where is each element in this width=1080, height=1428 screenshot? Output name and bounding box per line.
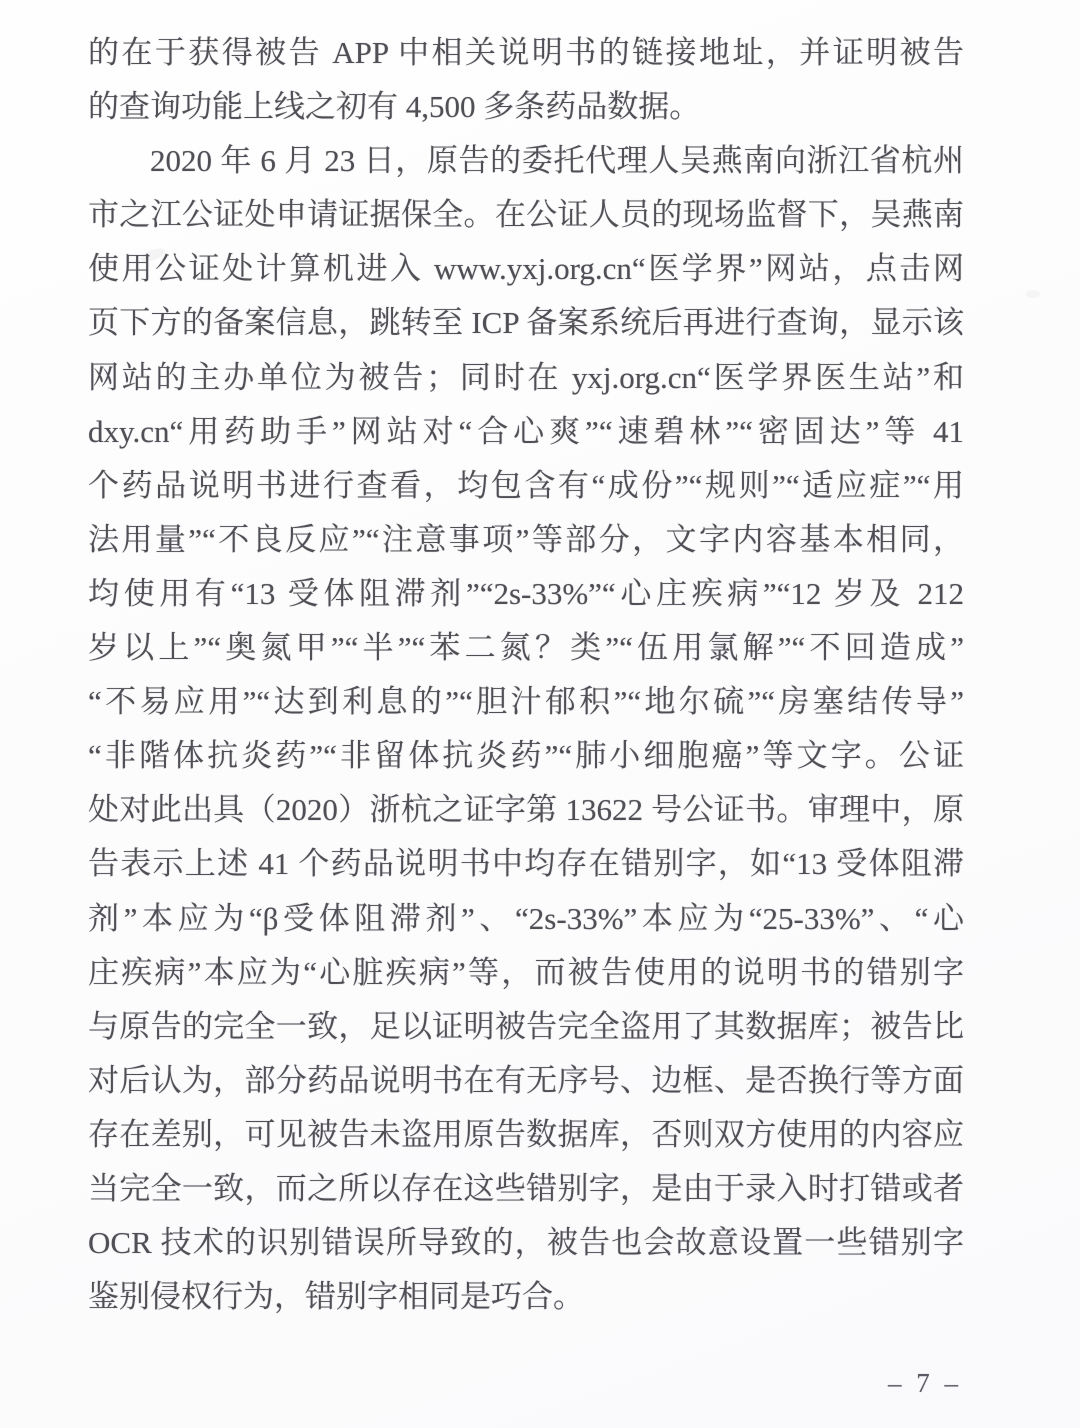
- text-line: 处对此出具（2020）浙杭之证字第 13622 号公证书。审理中，原: [88, 783, 964, 837]
- body-text-column: 的在于获得被告 APP 中相关说明书的链接地址，并证明被告 APP 的查询功能上…: [88, 26, 964, 1324]
- document-page: 的在于获得被告 APP 中相关说明书的链接地址，并证明被告 APP 的查询功能上…: [0, 0, 1080, 1428]
- text-line: dxy.cn“用药助手”网站对“合心爽”“速碧林”“密固达”等 41: [88, 405, 964, 459]
- text-line: 使用公证处计算机进入 www.yxj.org.cn“医学界”网站，点击网: [88, 242, 964, 296]
- text-line: 当完全一致，而之所以存在这些错别字，是由于录入时打错或者: [88, 1162, 964, 1216]
- text-line paragraph-end: 鉴别侵权行为，错别字相同是巧合。: [88, 1270, 964, 1324]
- text-line: 告表示上述 41 个药品说明书中均存在错别字，如“13 受体阻滞: [88, 837, 964, 891]
- text-line: 剂”本应为“β受体阻滞剂”、“2s-33%”本应为“25-33%”、“心: [88, 892, 964, 946]
- text-line: 的查询功能上线之初有 4,500 多条药品数据。: [88, 80, 964, 134]
- text-line: 页下方的备案信息，跳转至 ICP 备案系统后再进行查询，显示该: [88, 296, 964, 350]
- text-line: 岁以上”“奥氮甲”“半”“苯二氮？类”“伍用氯解”“不回造成”: [88, 621, 964, 675]
- text-line: 个药品说明书进行查看，均包含有“成份”“规则”“适应症”“用: [88, 459, 964, 513]
- text-line: 均使用有“13 受体阻滞剂”“2s-33%”“心庄疾病”“12 岁及 212: [88, 567, 964, 621]
- page-number: – 7 –: [888, 1368, 962, 1399]
- text-line: “不易应用”“达到利息的”“胆汁郁积”“地尔硫”“房塞结传导”: [88, 675, 964, 729]
- text-line: “非階体抗炎药”“非留体抗炎药”“肺小细胞癌”等文字。公证: [88, 729, 964, 783]
- text-line paragraph-start: 2020 年 6 月 23 日，原告的委托代理人吴燕南向浙江省杭州: [88, 134, 964, 188]
- text-line: 存在差别，可见被告未盗用原告数据库，否则双方使用的内容应: [88, 1108, 964, 1162]
- text-line: 与原告的完全一致，足以证明被告完全盗用了其数据库；被告比: [88, 1000, 964, 1054]
- text-line: 网站的主办单位为被告；同时在 yxj.org.cn“医学界医生站”和: [88, 351, 964, 405]
- text-line: 庄疾病”本应为“心脏疾病”等，而被告使用的说明书的错别字: [88, 946, 964, 1000]
- text-line: 市之江公证处申请证据保全。在公证人员的现场监督下，吴燕南: [88, 188, 964, 242]
- text-line: 法用量”“不良反应”“注意事项”等部分，文字内容基本相同，: [88, 513, 964, 567]
- text-line: OCR 技术的识别错误所导致的，被告也会故意设置一些错别字以: [88, 1216, 964, 1270]
- text-line: 的在于获得被告 APP 中相关说明书的链接地址，并证明被告 APP: [88, 26, 964, 80]
- text-line: 对后认为，部分药品说明书在有无序号、边框、是否换行等方面: [88, 1054, 964, 1108]
